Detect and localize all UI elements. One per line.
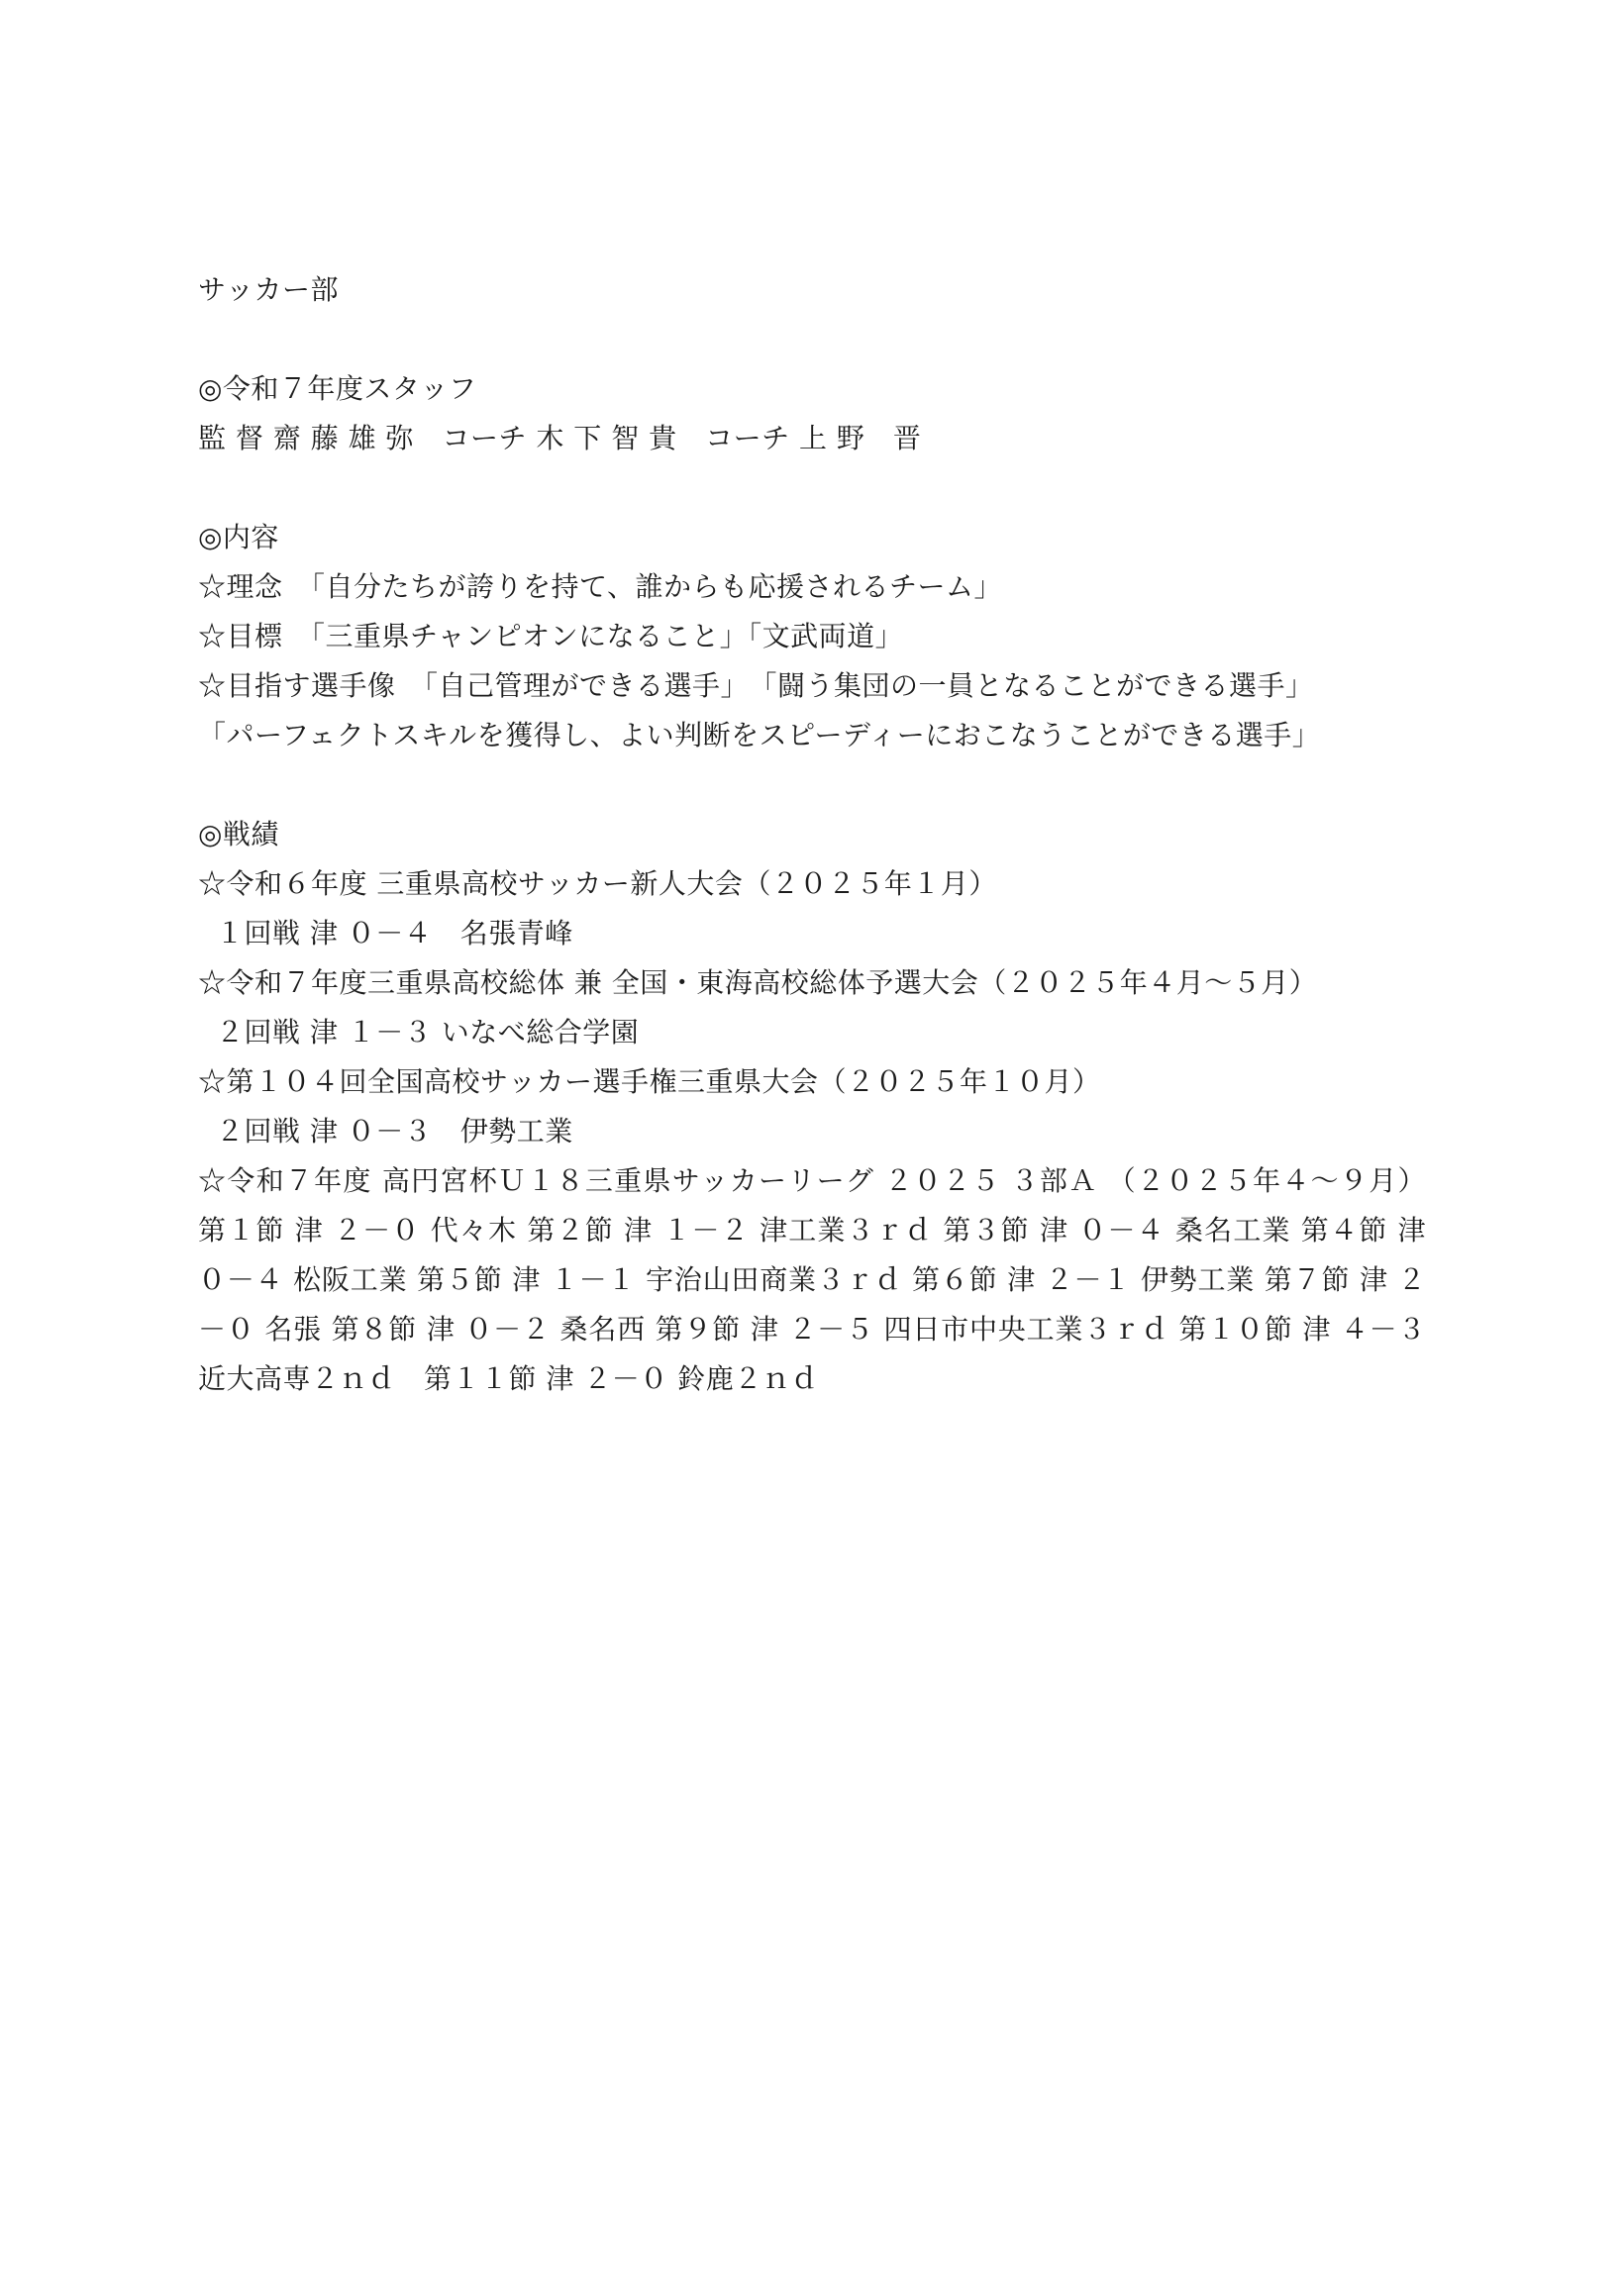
policy-line-skill: 「パーフェクトスキルを獲得し、よい判断をスピーディーにおこなうことができる選手」 bbox=[198, 711, 1426, 760]
policy-line-rinen: ☆理念 「自分たちが誇りを持て、誰からも応援されるチーム」 bbox=[198, 562, 1426, 612]
policy-line-senshuzo: ☆目指す選手像 「自己管理ができる選手」 「闘う集団の一員となることができる選手… bbox=[198, 661, 1426, 711]
tournament-title-sotai: ☆令和７年度三重県高校総体 兼 全国・東海高校総体予選大会（２０２５年４月～５月… bbox=[198, 958, 1426, 1008]
tournament-result-senshuken: ２回戦 津 ０－３ 伊勢工業 bbox=[198, 1107, 1426, 1156]
tournament-result-shinjin: １回戦 津 ０－４ 名張青峰 bbox=[198, 909, 1426, 958]
tournament-title-shinjin: ☆令和６年度 三重県高校サッカー新人大会（２０２５年１月） bbox=[198, 859, 1426, 909]
staff-members-line: 監 督 齋 藤 雄 弥 コーチ 木 下 智 貴 コーチ 上 野 晋 bbox=[198, 414, 1426, 463]
blank-line bbox=[198, 463, 1426, 513]
league-results-paragraph: ☆令和７年度 高円宮杯Ｕ１８三重県サッカーリーグ ２０２５ ３部Ａ （２０２５年… bbox=[198, 1156, 1426, 1404]
policy-line-mokuhyo: ☆目標 「三重県チャンピオンになること」「文武両道」 bbox=[198, 612, 1426, 661]
staff-heading: ◎令和７年度スタッフ bbox=[198, 364, 1426, 414]
tournament-result-sotai: ２回戦 津 １－３ いなべ総合学園 bbox=[198, 1008, 1426, 1057]
blank-line bbox=[198, 315, 1426, 364]
policy-heading: ◎内容 bbox=[198, 513, 1426, 562]
document-page: サッカー部 ◎令和７年度スタッフ 監 督 齋 藤 雄 弥 コーチ 木 下 智 貴… bbox=[0, 0, 1624, 2296]
blank-line bbox=[198, 760, 1426, 810]
doc-title: サッカー部 bbox=[198, 265, 1426, 315]
results-heading: ◎戦績 bbox=[198, 810, 1426, 859]
tournament-title-senshuken: ☆第１０４回全国高校サッカー選手権三重県大会（２０２５年１０月） bbox=[198, 1057, 1426, 1107]
